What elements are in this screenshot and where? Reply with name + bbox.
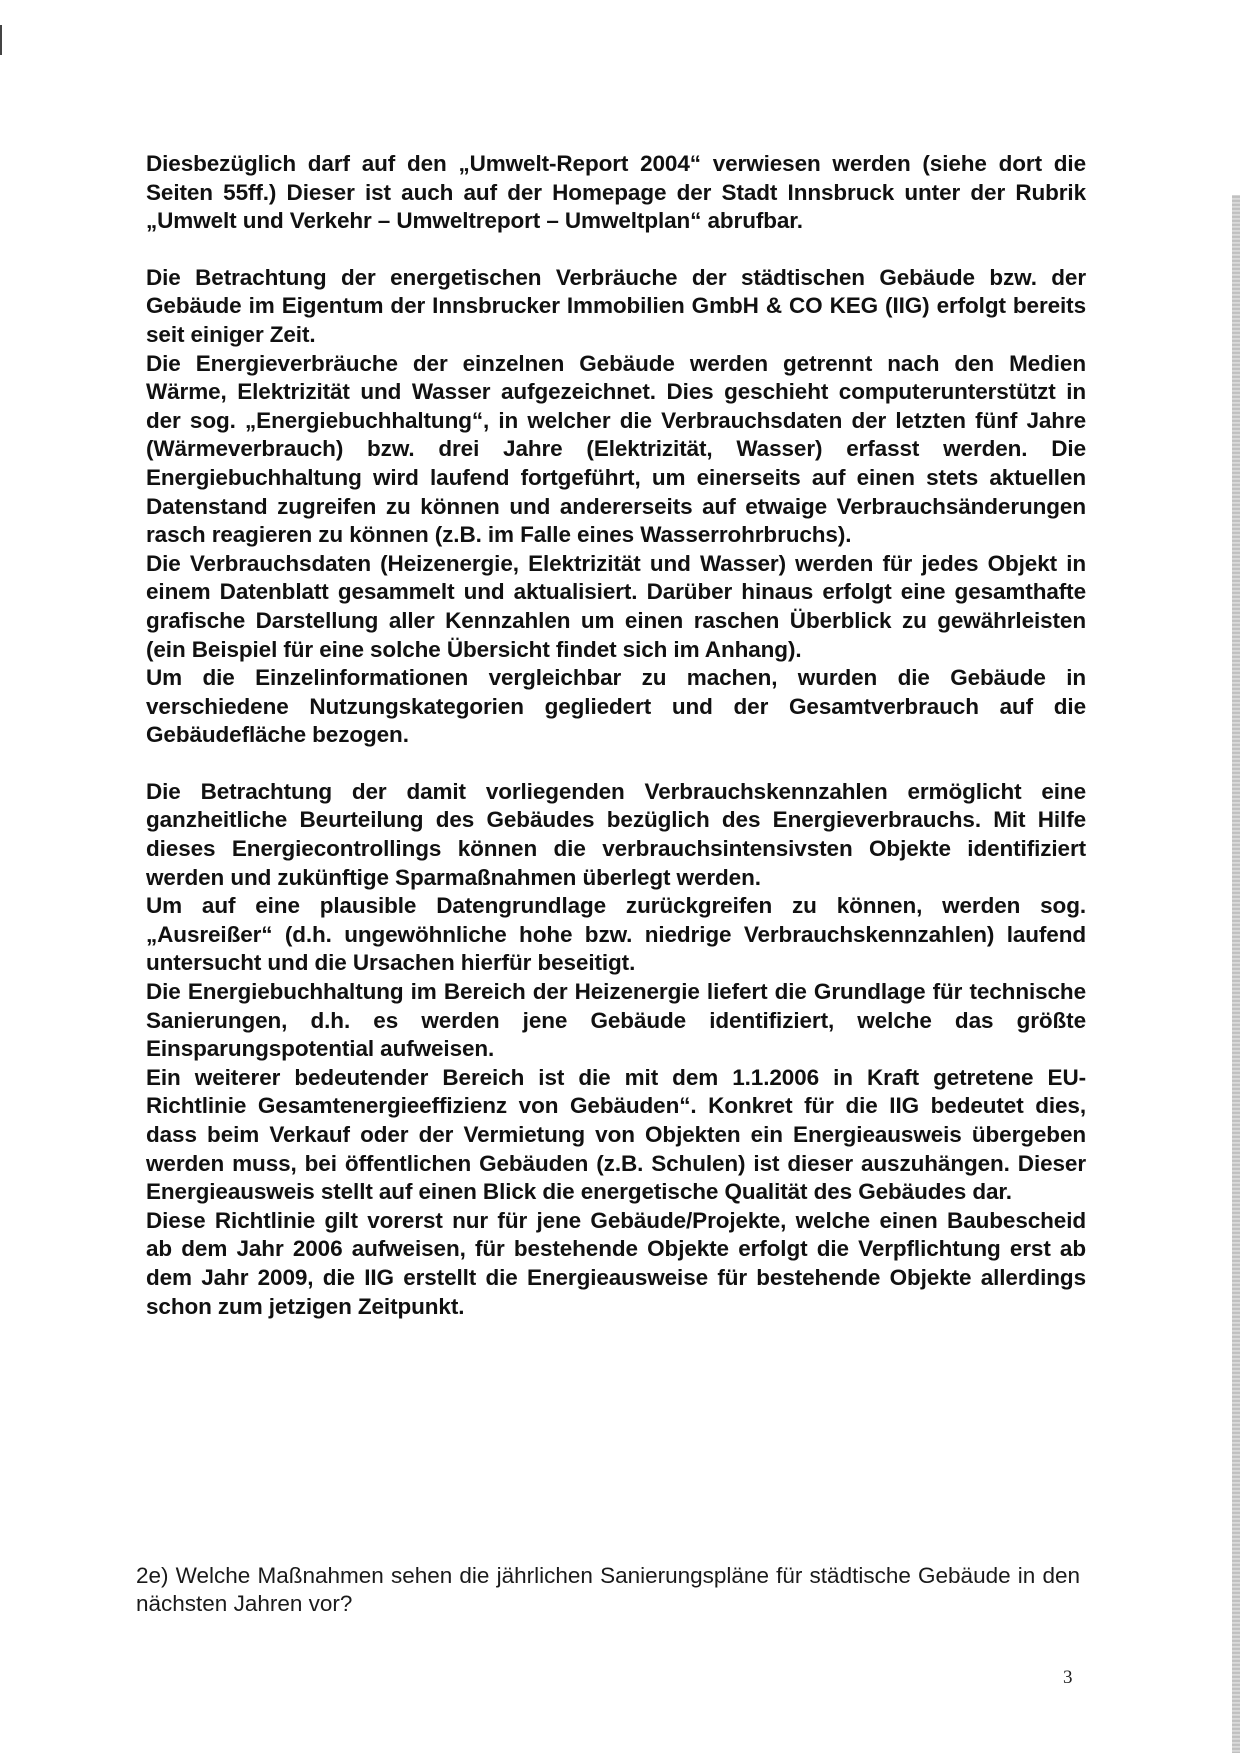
page-number: 3 xyxy=(1063,1667,1073,1689)
paragraph-verbrauchsdaten: Die Verbrauchsdaten (Heizenergie, Elektr… xyxy=(146,550,1086,664)
paragraph-eu-richtlinie: Ein weiterer bedeutender Bereich ist die… xyxy=(146,1064,1086,1207)
paragraph-verbrauchskennzahlen: Die Betrachtung der damit vorliegenden V… xyxy=(146,778,1086,892)
paragraph-betrachtung-verbraeuche: Die Betrachtung der energetischen Verbrä… xyxy=(146,264,1086,350)
paragraph-richtlinie-geltung: Diese Richtlinie gilt vorerst nur für je… xyxy=(146,1207,1086,1321)
scan-edge-left xyxy=(0,25,2,55)
paragraph-einzelinformationen: Um die Einzelinformationen vergleichbar … xyxy=(146,664,1086,750)
paragraph-ausreisser: Um auf eine plausible Datengrundlage zur… xyxy=(146,892,1086,978)
question-2e: 2e) Welche Maßnahmen sehen die jährliche… xyxy=(136,1562,1080,1618)
paragraph-heizenergie: Die Energiebuchhaltung im Bereich der He… xyxy=(146,978,1086,1064)
scan-edge-right xyxy=(1232,195,1240,1753)
paragraph-energieverbraeuche: Die Energieverbräuche der einzelnen Gebä… xyxy=(146,350,1086,550)
paragraph-umwelt-report: Diesbezüglich darf auf den „Umwelt-Repor… xyxy=(146,150,1086,236)
document-body: Diesbezüglich darf auf den „Umwelt-Repor… xyxy=(146,150,1086,1321)
